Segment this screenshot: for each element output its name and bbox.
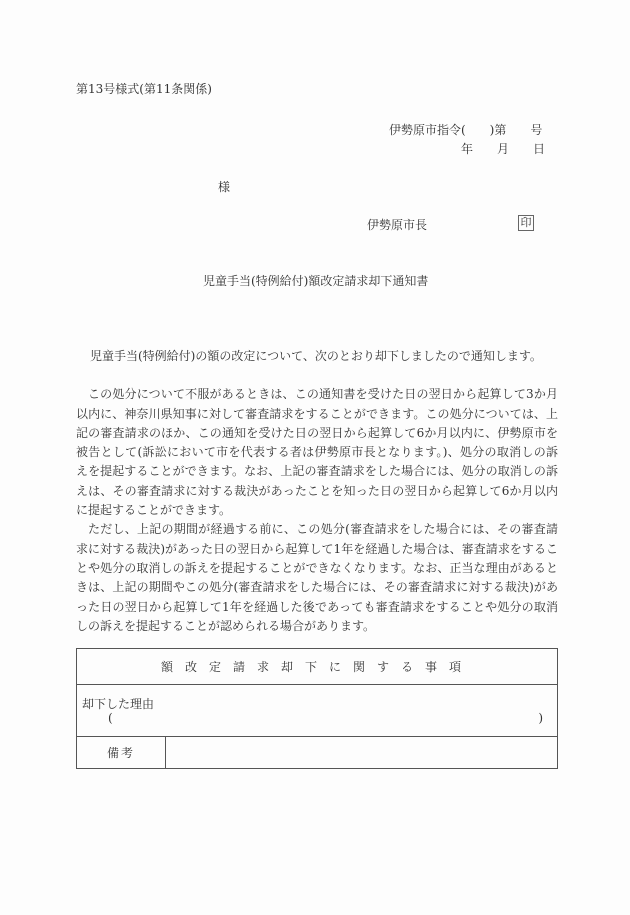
rejection-reason-label: 却下した理由 bbox=[82, 695, 154, 712]
table-header: 額改定請求却下に関する事項 bbox=[77, 649, 558, 685]
lead-paragraph: 児童手当(特例給付)の額の改定について、次のとおり却下しましたので通知します。 bbox=[76, 347, 558, 366]
remarks-label: 備考 bbox=[77, 737, 166, 769]
form-number: 第13号様式(第11条関係) bbox=[76, 82, 212, 96]
date-line: 年 月 日 bbox=[461, 142, 545, 156]
seal-icon: 印 bbox=[518, 215, 534, 231]
appeal-paragraph: この処分について不服があるときは、この通知書を受けた日の翌日から起算して3か月以… bbox=[76, 385, 558, 520]
notice-body: 児童手当(特例給付)の額の改定について、次のとおり却下しましたので通知します。 … bbox=[76, 347, 558, 636]
addressee-suffix: 様 bbox=[218, 180, 230, 194]
rejection-matters-table: 額改定請求却下に関する事項 却下した理由 ( ) 備考 bbox=[76, 648, 558, 769]
paren-close: ) bbox=[538, 711, 543, 725]
paren-open: ( bbox=[108, 711, 113, 725]
remarks-value[interactable] bbox=[166, 737, 558, 769]
deadline-paragraph: ただし、上記の期間が経過する前に、この処分(審査請求をした場合には、その審査請求… bbox=[76, 520, 558, 636]
reference-number-line: 伊勢原市指令( )第 号 bbox=[389, 123, 542, 137]
document-title: 児童手当(特例給付)額改定請求却下通知書 bbox=[203, 274, 428, 288]
rejection-reason-cell[interactable]: 却下した理由 ( ) bbox=[77, 685, 558, 737]
issuer-name: 伊勢原市長 bbox=[367, 218, 427, 232]
